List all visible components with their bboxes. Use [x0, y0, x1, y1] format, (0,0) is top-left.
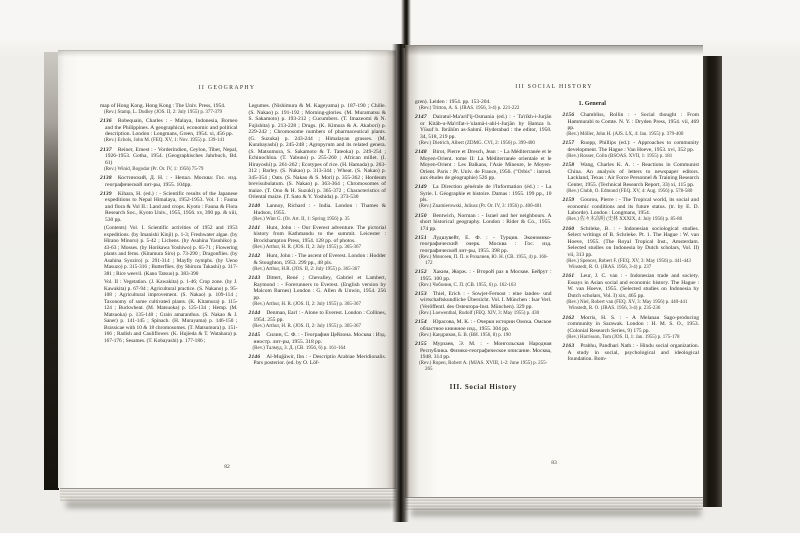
- entry-number: 2139: [100, 191, 118, 197]
- bibliography-entry: 2139Kihara, H. (ed.) : - Scientific resu…: [100, 191, 238, 224]
- bibliography-entry: 2137Reiner, Ernest : - Vorderindien, Cey…: [100, 147, 238, 167]
- page-stack-left: [60, 488, 396, 502]
- bibliography-entry: 2154Юрасова, М. К. : - Очерки истории Ом…: [415, 319, 552, 332]
- left-page-text: map of Hong Kong. Hong Kong : The Univ. …: [100, 103, 386, 461]
- review-citation: (Rev.) Rosser, Colin (BSOAS. XVII, 1: 19…: [563, 154, 700, 160]
- contents-note: Vol. II : Vegetation. (J. Kawakita) p. 1…: [100, 279, 238, 344]
- bibliography-entry: 2143Dittert, René ; Chevalley, Gabriel e…: [249, 275, 387, 301]
- entry-number: 2152: [415, 269, 433, 275]
- bibliography-entry: 2142Hunt, John : - The ascent of Everest…: [249, 253, 387, 266]
- left-page: II GEOGRAPHY map of Hong Kong. Hong Kong…: [58, 50, 396, 488]
- bibliography-entry: 2140Lannoy, Richard : - India. London : …: [249, 203, 387, 216]
- text-paragraph: gren). Leiden : 1954. pp. 153-204.: [415, 99, 552, 106]
- bibliography-entry: 2161Leur, J. C. van : - Indonesian trade…: [563, 273, 700, 299]
- review-citation: (Rev.) Winid, Bogodar (Pr. Or. IV, 1: 19…: [100, 167, 238, 173]
- entry-number: 2158: [563, 162, 581, 168]
- review-citation: (Rev.) Stamp, L. Dudley (JOS. II, 2: Jul…: [100, 110, 238, 116]
- bibliography-entry: 2159Gourou, Pierre : - The Tropical worl…: [563, 197, 700, 217]
- entry-number: 2147: [415, 114, 433, 120]
- right-page-text: gren). Leiden : 1954. pp. 153-204.(Rev.)…: [415, 99, 699, 471]
- page-edge-left: [44, 52, 59, 490]
- review-citation: (Rev.) Wint G. (Or. Art. II, 1: Spring 1…: [249, 217, 387, 223]
- contents-note: (Contents) Vol. I. Scientific activities…: [100, 225, 238, 277]
- bibliography-entry: 2160Schrieke, B. : - Indonesian sociolog…: [563, 226, 700, 259]
- bibliography-entry: 2148Birot, Pierre et Dresch, Jean : - La…: [415, 149, 552, 182]
- bibliography-entry: 2138Костинский, Д. Н. : - Непал. Москва:…: [100, 175, 238, 188]
- bibliography-entry: 2158Wang, Charles K. A. : - Reactions in…: [563, 162, 700, 188]
- review-citation: (Rev.) Arthur, H. R. (JOS. II, 2: July 1…: [249, 324, 387, 330]
- review-citation: (Rev.) Niel, Robert van (FEQ. XV, 3: May…: [563, 300, 700, 306]
- spine-shadow: [401, 0, 411, 48]
- bibliography-entry: 2136Robequain, Charles : - Malaya, Indon…: [100, 118, 238, 138]
- review-citation: (Rev.) Tritton, A. S. (JRAS. 1956, 3-4) …: [415, 106, 552, 112]
- book-shadow: [66, 501, 394, 508]
- review-citation: (Rev.) Талмуд, З. Д. (СВ. 1956, 6) p. 16…: [249, 346, 387, 352]
- entry-number: 2140: [249, 203, 267, 209]
- entry-number: 2150: [415, 213, 433, 219]
- entry-number: 2137: [100, 147, 118, 153]
- section-heading: III. Social History: [415, 383, 552, 391]
- entry-number: 2143: [249, 275, 267, 281]
- text-column: gren). Leiden : 1954. pp. 153-204.(Rev.)…: [415, 99, 552, 471]
- bibliography-entry: 2151Лудшувейт, Е. Ф. : - Турция. Экономи…: [415, 235, 552, 255]
- bibliography-entry: 2157Ruopp, Phillips (ed.): - Approaches …: [563, 140, 700, 153]
- review-citation: (Rev.) Loewenthal, Rudolf (FEQ. XIV, 3: …: [415, 311, 552, 317]
- entry-number: 2154: [415, 319, 433, 325]
- bibliography-entry: 2144Denman, Earl : - Alone to Everest. L…: [249, 310, 387, 323]
- review-citation: (Rev.) Rupen, Robert A. (MJAS. XVIII, 1-…: [415, 361, 552, 373]
- entry-number: 2142: [249, 253, 267, 259]
- review-citation: (Rev.) Dietrich, Albert (ZDMG. CVI, 2: 1…: [415, 141, 552, 147]
- entry-number: 2153: [415, 291, 433, 297]
- review-citation: (Rev.) 佐々木高明 (史林 XXXIX, 4: July 1956) p.…: [563, 217, 700, 223]
- page-top-shade: [405, 46, 703, 56]
- entry-number: 2162: [563, 315, 581, 321]
- bibliography-entry: 2150Bentwich, Norman : - Israel and her …: [415, 213, 552, 233]
- page-edge-right: [703, 56, 722, 507]
- running-head-right: III SOCIAL HISTORY: [405, 84, 703, 90]
- review-citation: Winstedt, R. O. (JRAS. 1956, 3-4) p. 235…: [563, 306, 700, 312]
- entry-number: 2163: [563, 343, 581, 349]
- bibliography-entry: 2155Мурзаев, Э. М. : - Монгольская Народ…: [415, 341, 552, 361]
- review-citation: (Rev.) Кандриков, Б. В. (ВИ. 1956, 8) p.…: [415, 333, 552, 339]
- bibliography-entry: 2153Thiel, Erich : - Sowjet-Fernost : ei…: [415, 291, 552, 311]
- bibliography-entry: 2147Dairatul-Ma'arif'ij-Osmania (ed.) : …: [415, 114, 552, 140]
- page-gutter: [392, 44, 409, 522]
- page-number-left: 82: [58, 464, 396, 470]
- bibliography-entry: 2162Morris, H. S. : - A Melanau Sago-pro…: [563, 315, 700, 335]
- running-head-left: II GEOGRAPHY: [58, 85, 396, 91]
- entry-number: 2141: [249, 225, 267, 231]
- review-citation: (Rev.) Echols, John M. (FEQ. XV, 1: Nov.…: [100, 138, 238, 144]
- entry-number: 2136: [100, 118, 118, 124]
- review-citation: (Rev.) Arthur, H. R. (JOS. II, 2: July 1…: [249, 302, 387, 308]
- bibliography-entry: 2145Силин, С. Ф. : - География Цейлона. …: [249, 332, 387, 345]
- entry-number: 2159: [563, 197, 581, 203]
- review-citation: (Rev.) Möller, John H. (AJS. LX, 4: Jan.…: [563, 132, 700, 138]
- subsection-heading: 1. General: [579, 100, 700, 107]
- entry-number: 2145: [249, 332, 267, 338]
- text-paragraph: map of Hong Kong. Hong Kong : The Univ. …: [100, 103, 238, 110]
- page-number-right: 83: [405, 460, 703, 466]
- right-page: III SOCIAL HISTORY gren). Leiden : 1954.…: [405, 45, 703, 497]
- book-shadow: [411, 509, 701, 516]
- page-top-shade: [58, 51, 396, 57]
- entry-number: 2144: [249, 310, 267, 316]
- review-citation: (Rev.) Znamierowski, Juliusz (Pr. Or. IV…: [415, 204, 552, 210]
- review-citation: (Rev.) Harrisson, Tom (JOS. II, 1: Jan. …: [563, 335, 700, 341]
- entry-number: 2156: [563, 112, 581, 118]
- text-column: Legumes. (Nishimura & M. Kageyama) p. 18…: [249, 103, 387, 461]
- bibliography-entry: 2163Prabhu, Pandhari Nath : - Hindu soci…: [563, 343, 700, 363]
- entry-number: 2148: [415, 149, 433, 155]
- review-citation: (Rev.) Arthur, H. R. (JOS. II, 2: July 1…: [249, 245, 387, 251]
- bibliography-entry: 2156Chambliss, Rollin : - Social thought…: [563, 112, 700, 132]
- text-column: map of Hong Kong. Hong Kong : The Univ. …: [100, 103, 238, 461]
- text-column: 1. General2156Chambliss, Rollin : - Soci…: [563, 99, 700, 471]
- bibliography-entry: 2152Хаким, Жорж. : - Второй раз в Москве…: [415, 269, 552, 282]
- entry-number: 2146: [249, 354, 267, 360]
- bibliography-entry: 2146Al-Muǧāwir, Ibn : - Descriptio Arabi…: [249, 354, 387, 367]
- review-citation: (Rev.) Чобония, С. П. (СВ. 1955, 6) p. 1…: [415, 283, 552, 289]
- review-citation: (Rev.) Arthur, H.R. (JOS. II, 2: July 19…: [249, 267, 387, 273]
- bibliography-entry: 2141Hunt, John : - Our Everest adventure…: [249, 225, 387, 245]
- entry-number: 2151: [415, 235, 433, 241]
- text-paragraph: Legumes. (Nishimura & M. Kageyama) p. 18…: [249, 103, 387, 201]
- entry-number: 2161: [563, 273, 581, 279]
- review-citation: (Rev.) Моисеев, П. П. и Розалиев, Ю. Н. …: [415, 255, 552, 267]
- entry-number: 2157: [563, 140, 581, 146]
- review-citation: (Rev.) Clubb, O. Edmund (FEQ. XV, 4: Aug…: [563, 189, 700, 195]
- entry-number: 2138: [100, 175, 118, 181]
- review-citation: Winstedt, R. O. (JRAS. 1956, 3-4) p. 237: [563, 265, 700, 271]
- entry-number: 2149: [415, 184, 433, 190]
- review-citation: (Rev.) Spencer, Robert F. (FEQ. XV, 3: M…: [563, 259, 700, 265]
- bibliography-entry: 2149La Direction générale de l'Informati…: [415, 184, 552, 204]
- entry-number: 2155: [415, 341, 433, 347]
- entry-number: 2160: [563, 226, 581, 232]
